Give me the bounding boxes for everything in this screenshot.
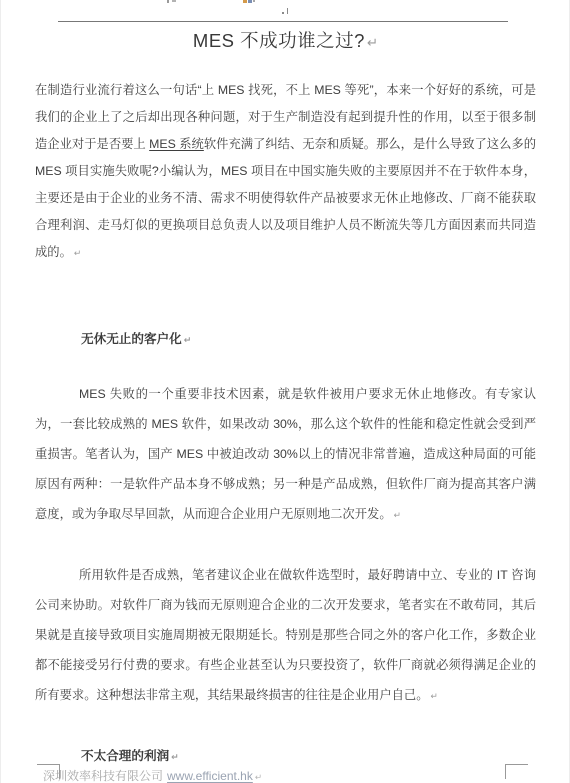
paragraph-mark: ↵ — [394, 510, 401, 520]
page-footer: 深圳效率科技有限公司www.efficient.hk↵ — [43, 768, 262, 783]
customization-paragraph-1: MES 失败的一个重要非技术因素，就是软件被用户要求无休止地修改。有专家认为，一… — [35, 379, 536, 530]
intro-paragraph: 在制造行业流行着这么一句话“上 MES 找死，不上 MES 等死”，本来一个好好… — [35, 77, 536, 267]
section-heading-customization: 无休无止的客户化↵ — [35, 326, 536, 354]
paragraph-mark: ↵ — [184, 335, 192, 345]
customization-paragraph-2: 所用软件是否成熟，笔者建议企业在做软件选型时，最好聘请中立、专业的 IT 咨询公… — [35, 560, 536, 711]
document-body: MES 不成功谁之过?↵ 在制造行业流行着这么一句话“上 MES 找死，不上 M… — [35, 0, 536, 771]
paragraph-mark: ↵ — [431, 691, 438, 701]
page-title: MES 不成功谁之过?↵ — [35, 26, 536, 58]
paragraph-text: 所用软件是否成熟，笔者建议企业在做软件选型时，最好聘请中立、专业的 IT 咨询公… — [35, 568, 536, 702]
intro-text-after: 软件充满了纠结、无奈和质疑。那么，是什么导致了这么多的 MES 项目实施失败呢?… — [35, 137, 536, 259]
paragraph-mark: ↵ — [255, 772, 262, 782]
section-heading-text: 无休无止的客户化 — [81, 332, 182, 346]
section-heading-profit: 不太合理的利润↵ — [35, 743, 536, 771]
footer-website-link[interactable]: www.efficient.hk — [167, 769, 253, 783]
paragraph-text: MES 失败的一个重要非技术因素，就是软件被用户要求无休止地修改。有专家认为，一… — [35, 387, 536, 521]
paragraph-mark: ↵ — [367, 35, 378, 50]
paragraph-mark: ↵ — [171, 752, 179, 762]
page-title-text: MES 不成功谁之过? — [193, 30, 365, 51]
paragraph-mark: ↵ — [74, 248, 81, 258]
footer-boundary-corner-right — [505, 764, 528, 779]
document-page: MES 不成功谁之过?↵ 在制造行业流行着这么一句话“上 MES 找死，不上 M… — [0, 0, 570, 783]
section-heading-text: 不太合理的利润 — [81, 749, 169, 763]
page-left-edge — [0, 0, 1, 783]
mes-system-link[interactable]: MES 系统 — [149, 137, 204, 151]
footer-company-name: 深圳效率科技有限公司 — [43, 769, 163, 783]
